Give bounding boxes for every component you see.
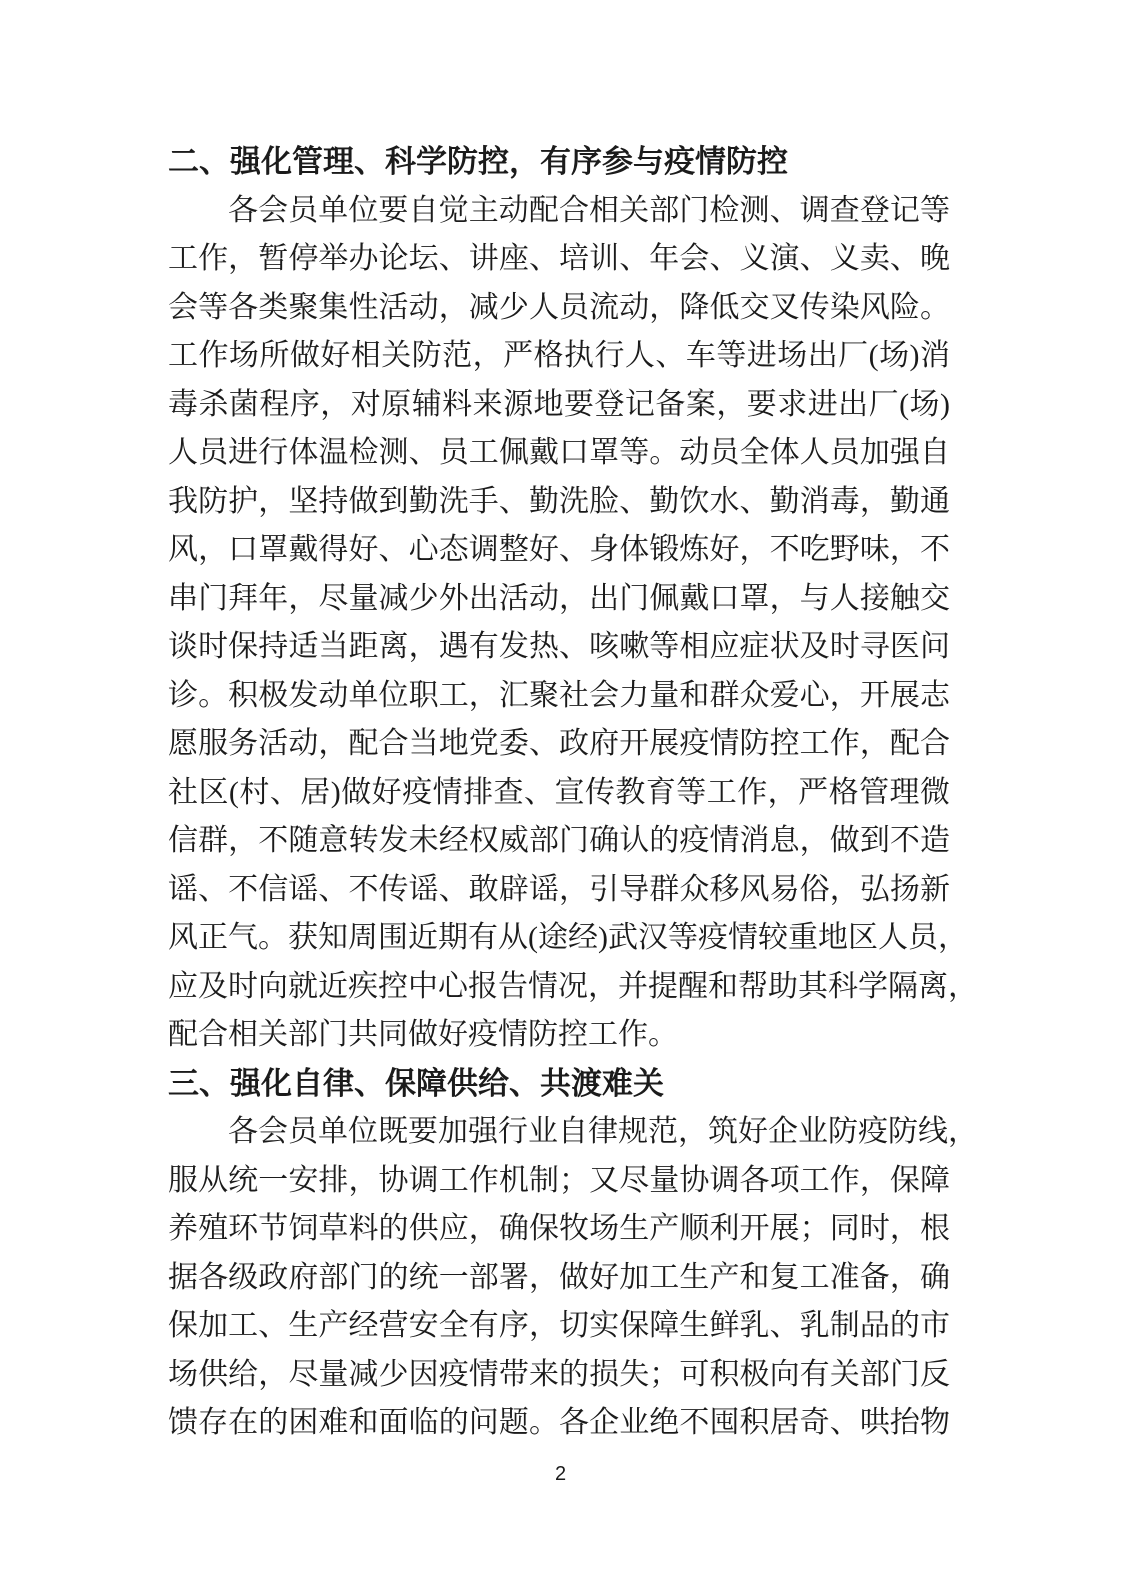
text-line: 配合相关部门共同做好疫情防控工作。	[168, 1011, 950, 1060]
text-line: 应及时向就近疾控中心报告情况，并提醒和帮助其科学隔离，	[168, 963, 950, 1012]
text-line: 工作，暂停举办论坛、讲座、培训、年会、义演、义卖、晚	[168, 235, 950, 284]
text-line: 风正气。获知周围近期有从(途经)武汉等疫情较重地区人员，	[168, 914, 950, 963]
text-line: 各会员单位既要加强行业自律规范，筑好企业防疫防线，	[168, 1108, 950, 1157]
text-line: 服从统一安排，协调工作机制；又尽量协调各项工作，保障	[168, 1157, 950, 1206]
text-line: 风，口罩戴得好、心态调整好、身体锻炼好，不吃野味，不	[168, 526, 950, 575]
text-line: 养殖环节饲草料的供应，确保牧场生产顺利开展；同时，根	[168, 1205, 950, 1254]
text-line: 社区(村、居)做好疫情排查、宣传教育等工作，严格管理微	[168, 769, 950, 818]
text-line: 人员进行体温检测、员工佩戴口罩等。动员全体人员加强自	[168, 429, 950, 478]
text-line: 毒杀菌程序，对原辅料来源地要登记备案，要求进出厂(场)	[168, 381, 950, 430]
text-line: 我防护，坚持做到勤洗手、勤洗脸、勤饮水、勤消毒，勤通	[168, 478, 950, 527]
section-heading: 三、强化自律、保障供给、共渡难关	[168, 1060, 950, 1109]
text-line: 场供给，尽量减少因疫情带来的损失；可积极向有关部门反	[168, 1351, 950, 1400]
text-line: 馈存在的困难和面临的问题。各企业绝不囤积居奇、哄抬物	[168, 1399, 950, 1448]
text-line: 会等各类聚集性活动，减少人员流动，降低交叉传染风险。	[168, 284, 950, 333]
text-line: 谣、不信谣、不传谣、敢辟谣，引导群众移风易俗，弘扬新	[168, 866, 950, 915]
text-line: 信群，不随意转发未经权威部门确认的疫情消息，做到不造	[168, 817, 950, 866]
page-number: 2	[0, 1458, 1121, 1490]
text-line: 保加工、生产经营安全有序，切实保障生鲜乳、乳制品的市	[168, 1302, 950, 1351]
section-heading: 二、强化管理、科学防控，有序参与疫情防控	[168, 138, 950, 187]
text-line: 谈时保持适当距离，遇有发热、咳嗽等相应症状及时寻医问	[168, 623, 950, 672]
text-line: 工作场所做好相关防范，严格执行人、车等进场出厂(场)消	[168, 332, 950, 381]
text-line: 诊。积极发动单位职工，汇聚社会力量和群众爱心，开展志	[168, 672, 950, 721]
document-body: 二、强化管理、科学防控，有序参与疫情防控各会员单位要自觉主动配合相关部门检测、调…	[168, 138, 950, 1448]
text-line: 愿服务活动，配合当地党委、政府开展疫情防控工作，配合	[168, 720, 950, 769]
text-line: 串门拜年，尽量减少外出活动，出门佩戴口罩，与人接触交	[168, 575, 950, 624]
text-line: 据各级政府部门的统一部署，做好加工生产和复工准备，确	[168, 1254, 950, 1303]
text-line: 各会员单位要自觉主动配合相关部门检测、调查登记等	[168, 187, 950, 236]
document-page: 二、强化管理、科学防控，有序参与疫情防控各会员单位要自觉主动配合相关部门检测、调…	[0, 0, 1121, 1585]
